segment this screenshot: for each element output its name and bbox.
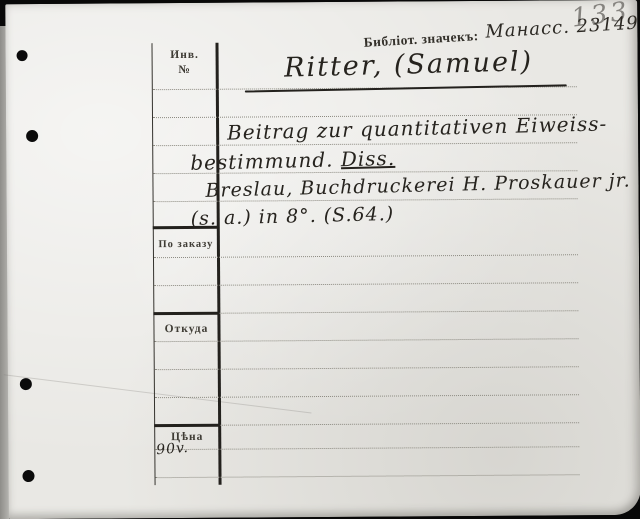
title-line-2-text: bestimmund. — [190, 147, 334, 174]
price-handwritten-value: 90v. — [156, 440, 190, 458]
punch-hole — [17, 50, 28, 61]
catalog-card: Инв. № По заказу Откуда Цѣна 90v. 133 Би… — [5, 0, 640, 519]
paper-crease — [4, 374, 312, 413]
ledger-section-divider — [154, 424, 220, 427]
punch-hole — [20, 378, 32, 390]
author-heading: Ritter, (Samuel) — [248, 45, 569, 84]
ledger-column-left-line — [151, 43, 155, 485]
punch-hole — [22, 470, 34, 482]
title-line-2: bestimmund. Diss. — [190, 146, 395, 175]
library-mark-label: Библіот. значекъ: — [363, 28, 479, 50]
inventory-number-label: Инв. — [152, 49, 218, 61]
imprint-line: Breslau, Buchdruckerei H. Proskauer jr. — [205, 169, 631, 201]
punch-hole — [26, 130, 38, 142]
ledger-column-divider-line — [215, 43, 221, 485]
inventory-number-sign: № — [152, 64, 218, 76]
origin-label: Откуда — [153, 323, 219, 335]
order-label: По заказу — [153, 239, 219, 250]
library-mark-handwritten-value: Манасс. 23149 — [485, 13, 640, 43]
scanned-catalog-card-page: Инв. № По заказу Откуда Цѣна 90v. 133 Би… — [0, 0, 640, 519]
ledger-section-divider — [153, 312, 219, 315]
collation-line: (s. a.) in 8°. (S.64.) — [190, 203, 394, 230]
dissertation-note: Diss. — [341, 146, 396, 171]
